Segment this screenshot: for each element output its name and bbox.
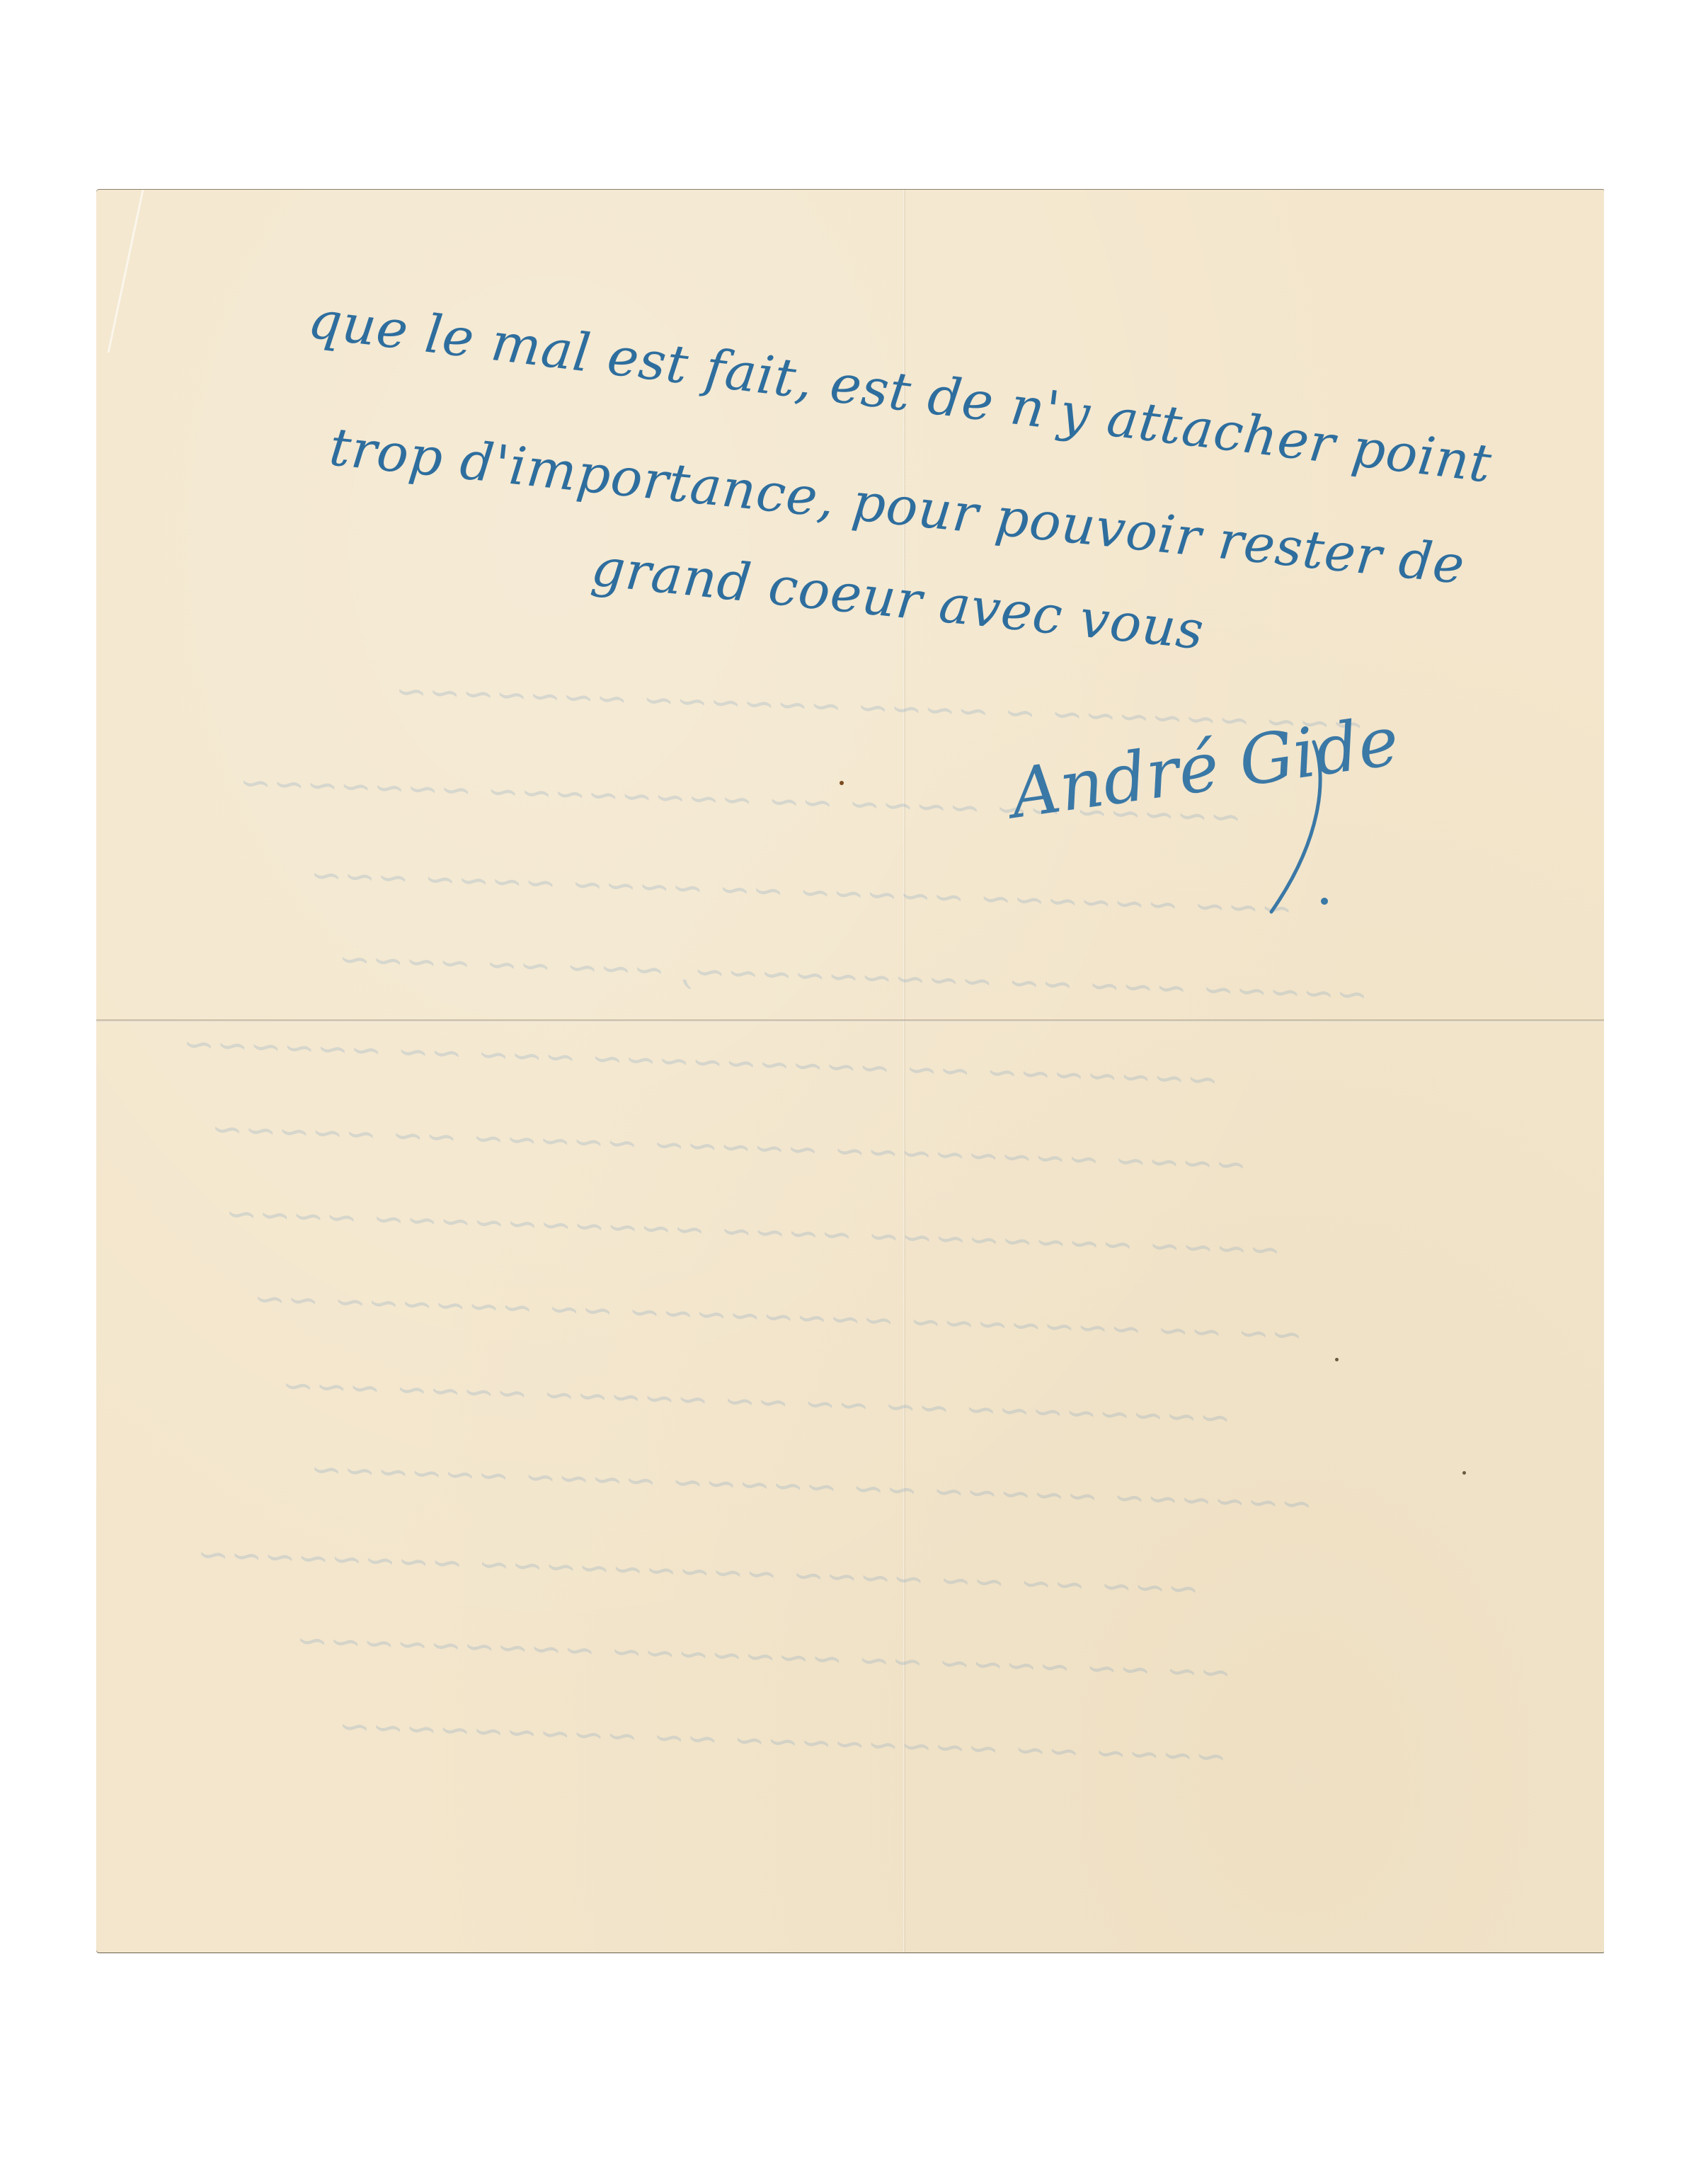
signature-flourish-icon (1250, 735, 1335, 919)
paper-speck (840, 781, 844, 785)
vertical-fold-line (903, 190, 905, 1953)
paper-speck (1462, 1471, 1466, 1475)
signature: André Gide (1006, 701, 1404, 834)
paper-crease (108, 190, 144, 353)
paper-speck (1335, 1358, 1339, 1361)
letter-page: ~~~ ~~~~~~ ~ ~~~~ ~~~~~~ ~~~~~~~ ~~~~~ ~… (96, 190, 1604, 1953)
horizontal-fold-line (96, 1019, 1604, 1022)
